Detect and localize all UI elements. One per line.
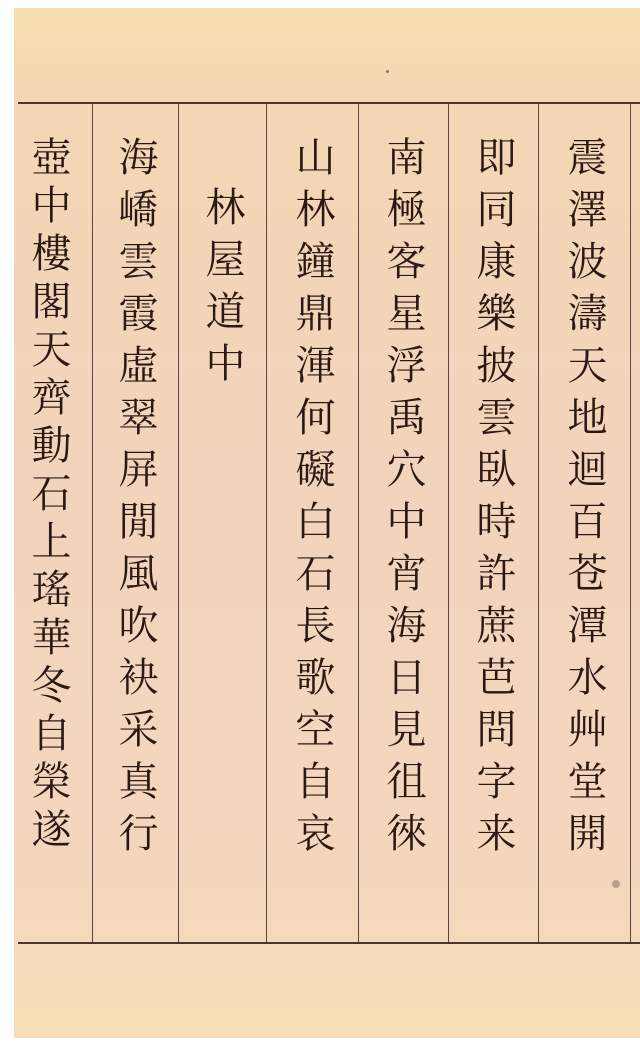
text-column-7: 壺中樓閣天齊動石上瑤華冬自榮遂 [4, 106, 92, 940]
column-text: 即同康樂披雲臥時許蔗芭問字来 [473, 106, 513, 864]
text-column-1: 震澤波濤天地迴百苍潭水艸堂開 [538, 106, 630, 940]
column-text: 壺中樓閣天齊動石上瑤華冬自榮遂 [28, 106, 68, 856]
text-column-4: 山林鐘鼎渾何礙白石長歌空自哀 [266, 106, 358, 940]
text-column-6: 海嶠雲霞虛翠屏閒風吹袂采真行 [92, 106, 178, 940]
text-column-3: 南極客星浮禹穴中宵海日見徂徠 [358, 106, 448, 940]
poem-title-column: 林屋道中 [178, 106, 266, 940]
column-text: 海嶠雲霞虛翠屏閒風吹袂采真行 [115, 106, 155, 864]
column-text: 山林鐘鼎渾何礙白石長歌空自哀 [292, 106, 332, 864]
column-text: 南極客星浮禹穴中宵海日見徂徠 [383, 106, 423, 864]
column-rule [630, 104, 631, 942]
poem-title: 林屋道中 [202, 106, 242, 394]
column-text: 震澤波濤天地迴百苍潭水艸堂開 [564, 106, 604, 864]
ink-smudge [612, 880, 620, 888]
ink-speck [386, 70, 389, 73]
ruled-text-area: 震澤波濤天地迴百苍潭水艸堂開 即同康樂披雲臥時許蔗芭問字来 南極客星浮禹穴中宵海… [18, 102, 640, 944]
text-column-2: 即同康樂披雲臥時許蔗芭問字来 [448, 106, 538, 940]
